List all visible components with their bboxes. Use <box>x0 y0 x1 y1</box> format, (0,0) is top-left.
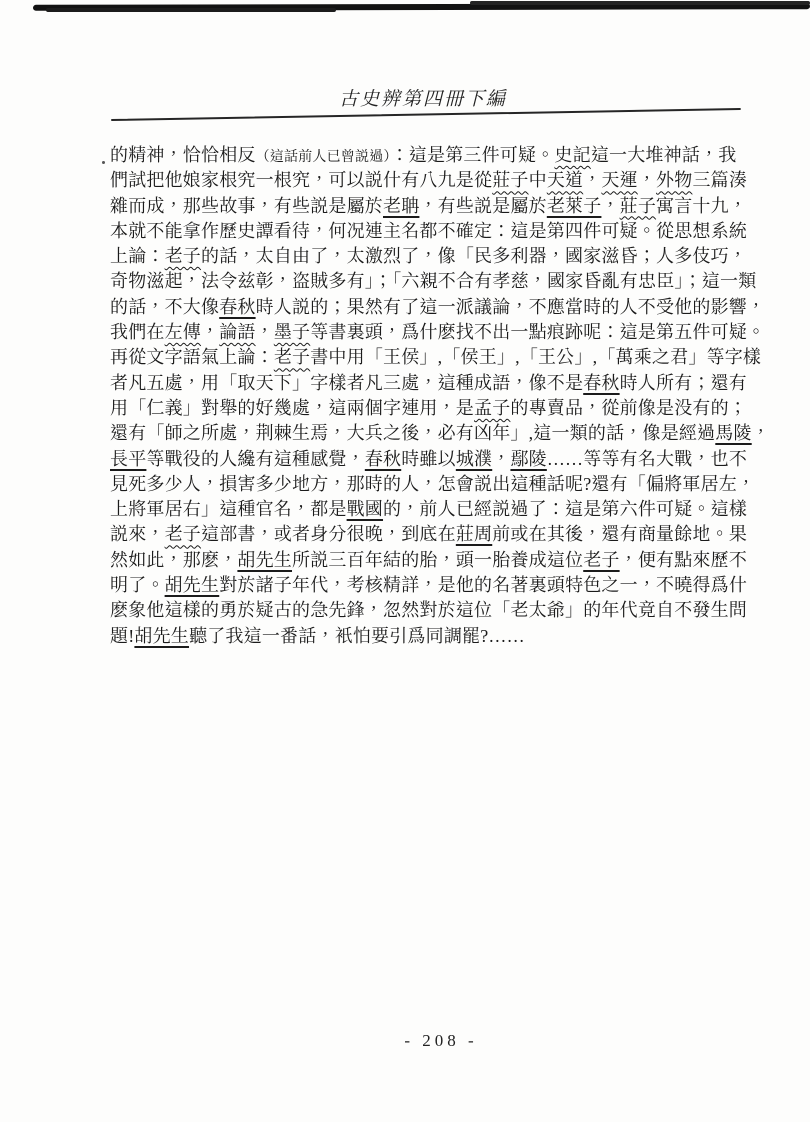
text-segment: 上將軍居右」這種官名，都是 <box>110 499 347 519</box>
text-line: 麽象他這樣的勇於疑古的急先鋒，忽然對於這位「老太爺」的年代竟自不發生問 <box>110 598 758 623</box>
proper-name-mark: 老聃 <box>383 196 419 216</box>
proper-name-mark: 春秋 <box>583 373 619 393</box>
text-line: 的話，不大像春秋時人説的；果然有了這一派議論，不應當時的人不受他的影響， <box>110 295 758 320</box>
proper-name-mark: 城濮 <box>456 449 492 469</box>
text-line: 然如此，那麽，胡先生所説三百年結的胎，頭一胎養成這位老子，便有點來歷不 <box>110 548 758 573</box>
text-segment: ：這是第三件可疑。 <box>391 145 555 165</box>
book-title-mark: 天運 <box>601 170 637 190</box>
text-segment: 聽了我這一番話，衹怕要引爲同調罷?…… <box>189 626 525 646</box>
book-page: 古史辨第四冊下編 的精神，恰恰相反（這話前人已曾説過）：這是第三件可疑。史記這一… <box>0 0 810 1122</box>
text-line: 上論：老子的話，太自由了，太激烈了，像「民多利器，國家滋昏；人多伎巧， <box>110 244 758 269</box>
text-line: 明了。胡先生對於諸子年代，考核精詳，是他的名著裏頭特色之一，不曉得爲什 <box>110 573 758 598</box>
text-line: 長平等戰役的人纔有這種感覺，春秋時雖以城濮，鄢陵……等等有名大戰，也不 <box>110 447 758 472</box>
text-line: 還有「師之所處，荆棘生焉，大兵之後，必有凶年」,這一類的話，像是經過馬陵， <box>110 421 758 446</box>
proper-name-mark: 胡先生 <box>237 550 292 570</box>
text-line: 我們在左傳，論語，墨子等書裏頭，爲什麽找不出一點痕跡呢：這是第五件可疑。 <box>110 320 758 345</box>
text-line: 的精神，恰恰相反（這話前人已曾説過）：這是第三件可疑。史記這一大堆神話，我 <box>110 143 758 168</box>
text-segment: 再從文字語氣上論： <box>110 347 274 367</box>
book-title-mark: 莊子 <box>492 170 528 190</box>
book-title-mark: 孟子 <box>474 398 510 418</box>
text-segment: 前或在其後，還有商量餘地。果 <box>492 524 747 544</box>
text-line: 再從文字語氣上論：老子書中用「王侯」,「侯王」,「王公」,「萬乘之君」等字樣 <box>110 345 758 370</box>
text-segment: 我們在 <box>110 322 165 342</box>
text-line: 們試把他娘家根究一根究，可以説什有八九是從莊子中天道，天運，外物三篇湊 <box>110 168 758 193</box>
text-segment: 這一大堆神話，我 <box>591 145 737 165</box>
text-segment: 等書裏頭，爲什麽找不出一點痕跡呢：這是第五件可疑。 <box>310 322 765 342</box>
text-segment: 中 <box>529 170 547 190</box>
text-segment: 上論： <box>110 246 165 266</box>
proper-name-mark: 老子 <box>583 550 619 570</box>
text-segment: ……等等有名大戰，也不 <box>547 449 747 469</box>
text-segment: 寓言十九， <box>656 196 747 216</box>
proper-name-mark: 老萊子 <box>547 196 602 216</box>
text-line: 用「仁義」對舉的好幾處，這兩個字連用，是孟子的專賣品，從前像是没有的； <box>110 396 758 421</box>
proper-name-mark: 胡先生 <box>165 575 220 595</box>
text-line: 雜而成，那些故事，有些説是屬於老聃，有些説是屬於老萊子，莊子寓言十九， <box>110 194 758 219</box>
text-line: 説來，老子這部書，或者身分很晚，到底在莊周前或在其後，還有商量餘地。果 <box>110 522 758 547</box>
text-segment: ， <box>201 322 219 342</box>
text-segment: 本就不能拿作歷史譚看待，何况連主名都不確定：這是第四件可疑。從思想系統 <box>110 221 747 241</box>
text-segment: 然如此，那麽， <box>110 550 237 570</box>
proper-name-mark: 春秋 <box>219 297 255 317</box>
text-segment: 還有「師之所處，荆棘生焉，大兵之後，必有凶年」,這一類的話，像是經過 <box>110 423 715 443</box>
book-title-mark: 史記 <box>554 145 590 165</box>
proper-name-mark: 馬陵 <box>715 423 751 443</box>
text-segment: 説來， <box>110 524 165 544</box>
text-segment: 見死多少人，損害多少地方，那時的人，怎會説出這種話呢?還有「偏將軍居左， <box>110 474 755 494</box>
book-title-mark: 莊子 <box>620 196 656 216</box>
text-segment: ， <box>256 322 274 342</box>
text-segment: 的精神，恰恰相反 <box>110 145 256 165</box>
text-segment: ，便有點來歷不 <box>620 550 747 570</box>
proper-name-mark: 春秋 <box>365 449 401 469</box>
scan-speck <box>102 161 105 164</box>
book-title-mark: 老子 <box>274 347 310 367</box>
body-text: 的精神，恰恰相反（這話前人已曾説過）：這是第三件可疑。史記這一大堆神話，我們試把… <box>110 143 758 649</box>
text-segment: 所説三百年結的胎，頭一胎養成這位 <box>292 550 583 570</box>
scan-artifact-top-right <box>470 1 810 5</box>
text-line: 上將軍居右」這種官名，都是戰國的，前人已經説過了：這是第六件可疑。這樣 <box>110 497 758 522</box>
text-segment: 時人所有；還有 <box>620 373 747 393</box>
text-segment: 奇物滋起，法令兹彰，盗賊多有」；「六親不合有孝慈，國家昏亂有忠臣」；這一類 <box>110 271 756 291</box>
text-line: 題!胡先生聽了我這一番話，衹怕要引爲同調罷?…… <box>110 624 758 649</box>
text-segment: 的話，不大像 <box>110 297 219 317</box>
text-segment: 麽象他這樣的勇於疑古的急先鋒，忽然對於這位「老太爺」的年代竟自不發生問 <box>110 600 747 620</box>
text-line: 奇物滋起，法令兹彰，盗賊多有」；「六親不合有孝慈，國家昏亂有忠臣」；這一類 <box>110 269 758 294</box>
proper-name-mark: 胡先生 <box>134 626 189 646</box>
proper-name-mark: 莊周 <box>456 524 492 544</box>
text-segment: 時人説的；果然有了這一派議論，不應當時的人不受他的影響， <box>256 297 766 317</box>
book-title-mark: 天道 <box>547 170 583 190</box>
text-segment: ， <box>583 170 601 190</box>
text-segment: 題! <box>110 626 134 646</box>
text-line: 見死多少人，損害多少地方，那時的人，怎會説出這種話呢?還有「偏將軍居左， <box>110 472 758 497</box>
text-line: 者凡五處，用「取天下」字樣者凡三處，這種成語，像不是春秋時人所有；還有 <box>110 371 758 396</box>
text-segment: （這話前人已曾説過） <box>256 150 391 165</box>
text-line: 本就不能拿作歷史譚看待，何况連主名都不確定：這是第四件可疑。從思想系統 <box>110 219 758 244</box>
proper-name-mark: 長平 <box>110 449 146 469</box>
scan-artifact-top-left <box>46 8 336 12</box>
text-segment: 雜而成，那些故事，有些説是屬於 <box>110 196 383 216</box>
proper-name-mark: 戰國 <box>347 499 383 519</box>
text-segment: ， <box>492 449 510 469</box>
text-segment: 們試把他娘家根究一根究，可以説什有八九是從 <box>110 170 492 190</box>
book-title-mark: 外物 <box>656 170 692 190</box>
running-head: 古史辨第四冊下編 <box>18 84 810 111</box>
text-segment: 者凡五處，用「取天下」字樣者凡三處，這種成語，像不是 <box>110 373 583 393</box>
text-segment: ， <box>601 196 619 216</box>
text-segment: 三篇湊 <box>692 170 747 190</box>
book-title-mark: 論語 <box>219 322 255 342</box>
book-title-mark: 老子 <box>165 246 201 266</box>
text-segment: 的專賣品，從前像是没有的； <box>510 398 747 418</box>
text-segment: 時雖以 <box>401 449 456 469</box>
text-segment: ， <box>638 170 656 190</box>
text-segment: 的話，太自由了，太激烈了，像「民多利器，國家滋昏；人多伎巧， <box>201 246 747 266</box>
text-segment: ， <box>752 423 770 443</box>
proper-name-mark: 鄢陵 <box>510 449 546 469</box>
book-title-mark: 左傳 <box>165 322 201 342</box>
text-segment: 書中用「王侯」,「侯王」,「王公」,「萬乘之君」等字樣 <box>310 347 761 367</box>
book-title-mark: 老子 <box>165 524 201 544</box>
text-segment: 的，前人已經説過了：這是第六件可疑。這樣 <box>383 499 747 519</box>
text-segment: 這部書，或者身分很晚，到底在 <box>201 524 456 544</box>
text-segment: 對於諸子年代，考核精詳，是他的名著裏頭特色之一，不曉得爲什 <box>219 575 747 595</box>
book-title-mark: 墨子 <box>274 322 310 342</box>
text-segment: 明了。 <box>110 575 165 595</box>
text-segment: ，有些説是屬於 <box>419 196 546 216</box>
text-segment: 用「仁義」對舉的好幾處，這兩個字連用，是 <box>110 398 474 418</box>
page-number: - 208 - <box>36 1031 810 1051</box>
text-segment: 等戰役的人纔有這種感覺， <box>146 449 364 469</box>
